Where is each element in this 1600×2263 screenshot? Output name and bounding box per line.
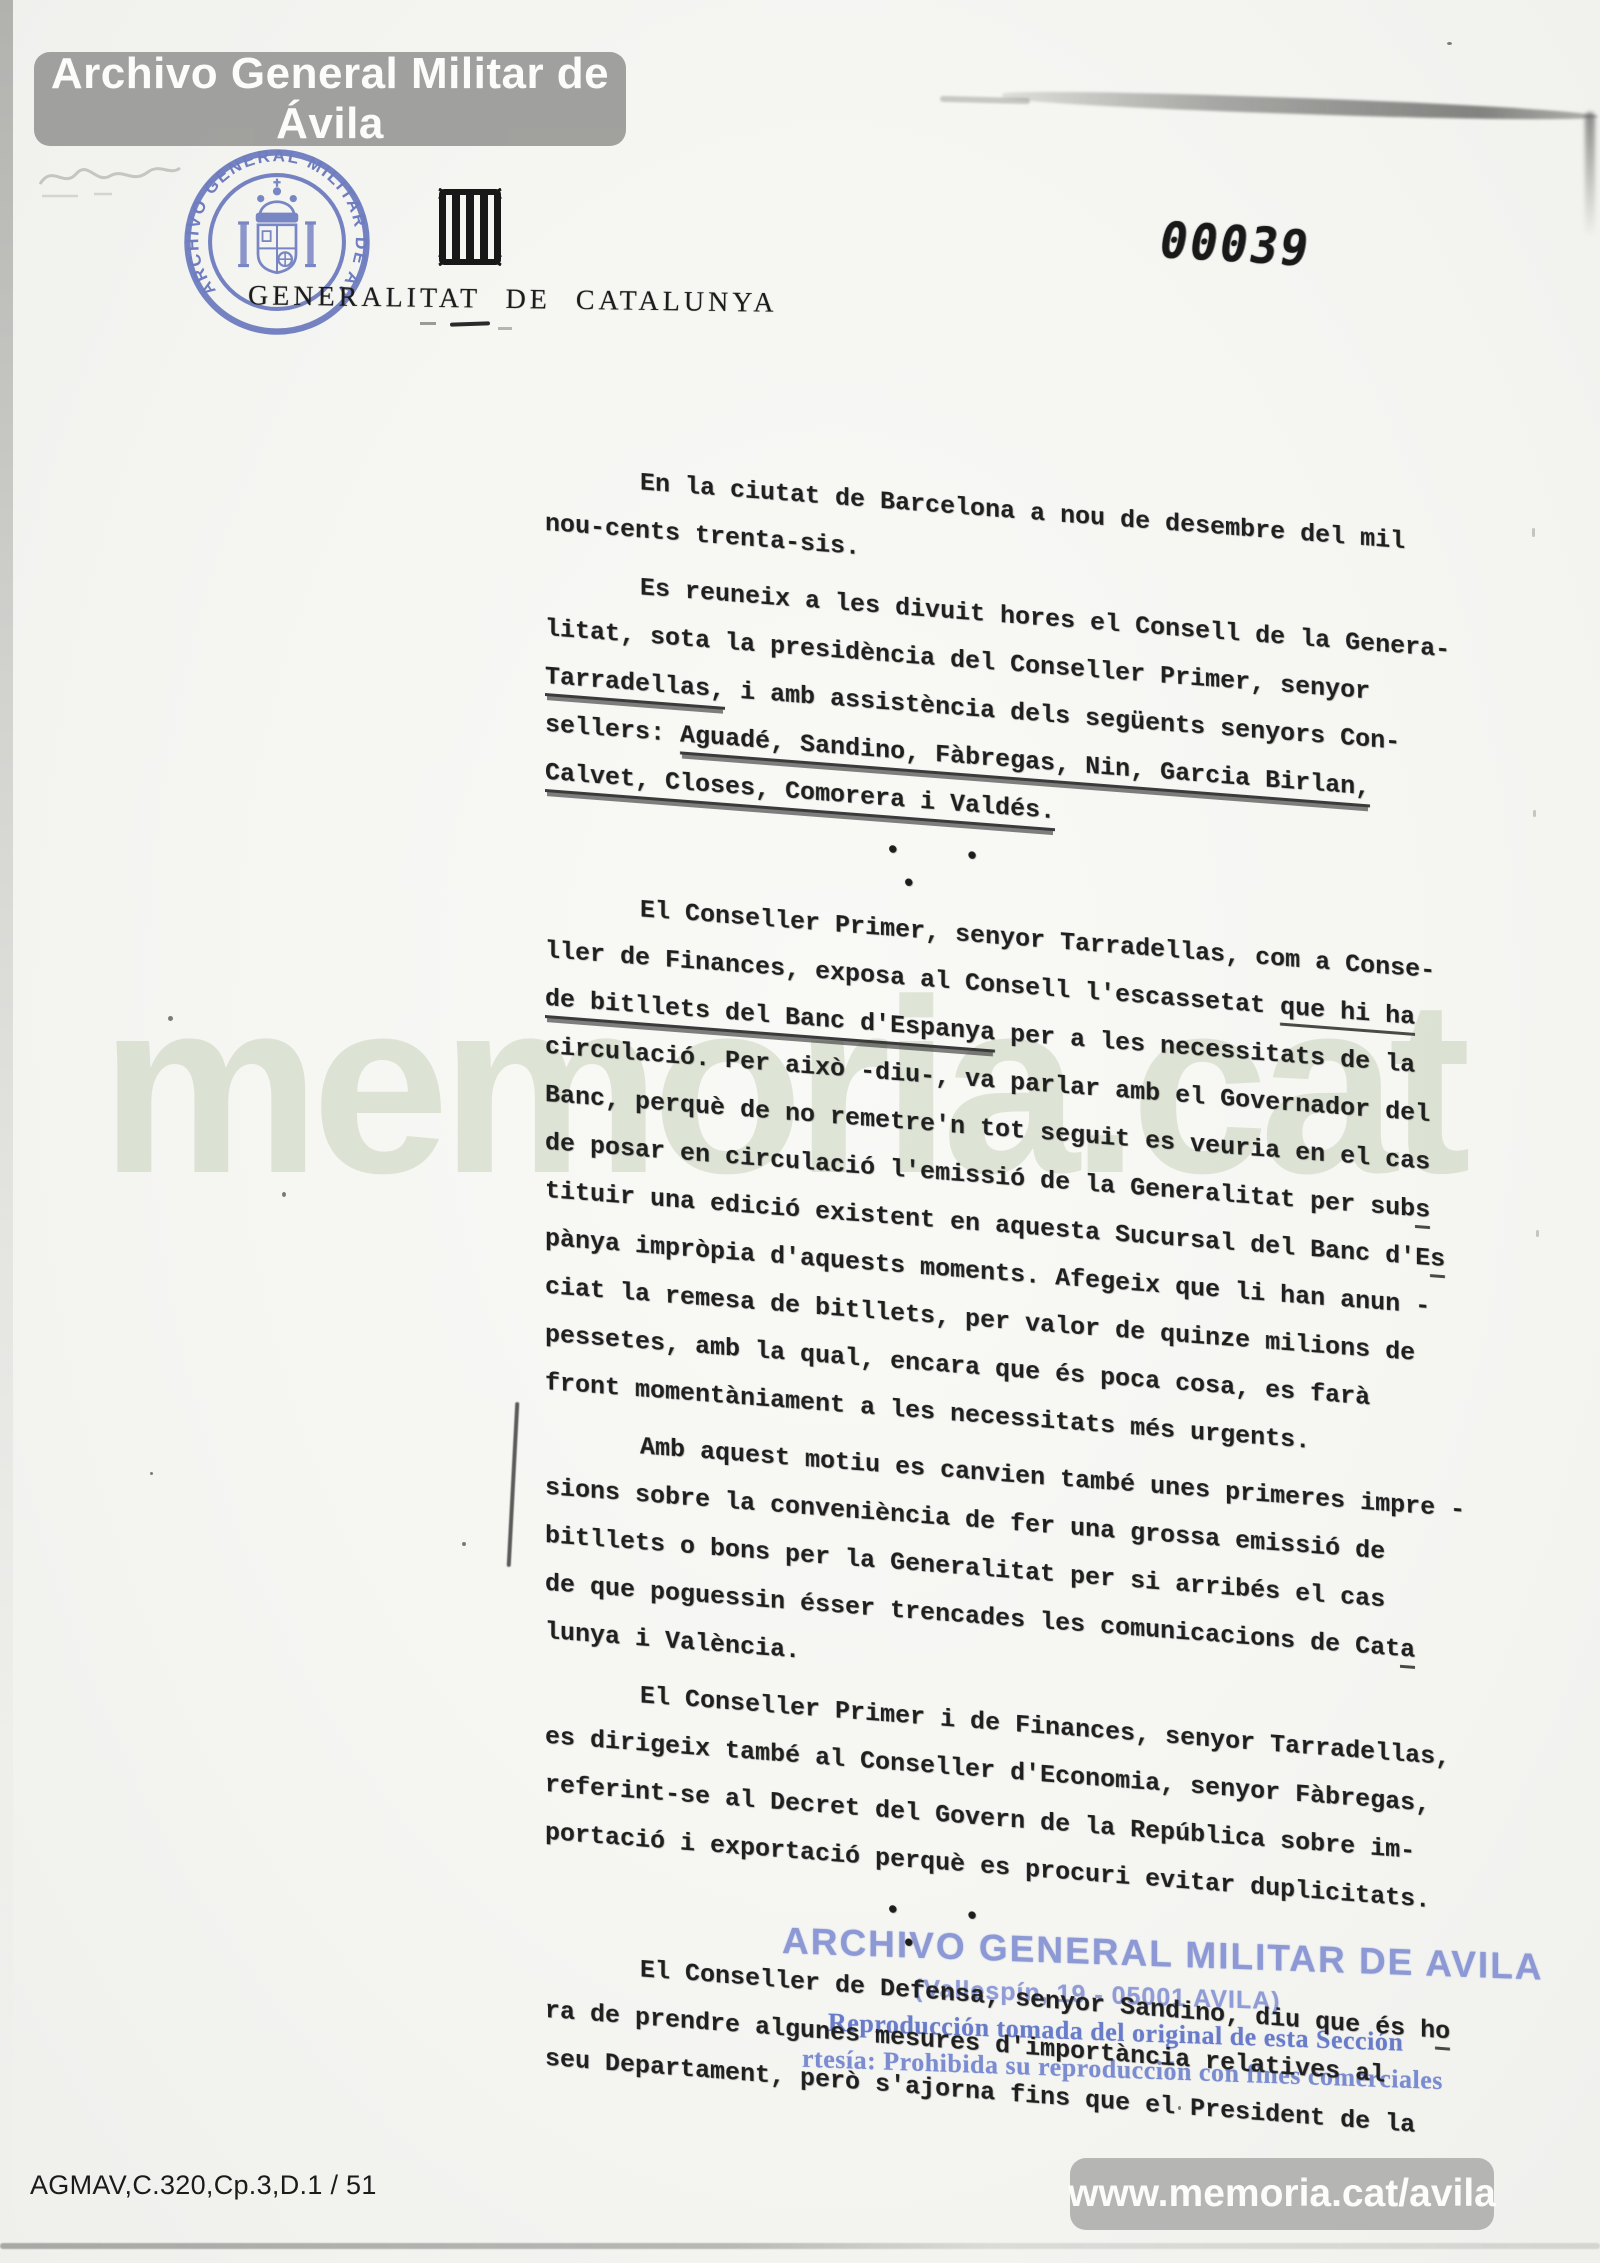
pencil-underlined-text: s: [1430, 1244, 1445, 1278]
pencil-underlined-text: o: [1435, 2016, 1450, 2050]
ink-speck: [168, 1016, 173, 1021]
scan-smudge-start: [940, 96, 1030, 104]
pencil-scribble: [34, 152, 184, 207]
pencil-underlined-text: que hi ha: [1280, 993, 1415, 1036]
document-scan-page: Archivo General Militar de Ávila ARCHIVO…: [0, 0, 1600, 2263]
scan-speck: [1533, 810, 1536, 817]
pencil-underlined-text: a: [1400, 1635, 1415, 1669]
title-underline-dots: [498, 327, 512, 330]
website-badge: www.memoria.cat/avila: [1070, 2158, 1494, 2230]
archive-name-label: Archivo General Militar de Ávila: [34, 49, 626, 149]
typed-text: lunya i València.: [545, 1617, 800, 1666]
pencil-margin-line: [507, 1402, 520, 1567]
website-badge-label: www.memoria.cat/avila: [1068, 2172, 1496, 2216]
scan-smudge: [1002, 88, 1598, 124]
folio-number-stamp: 00039: [1155, 211, 1316, 277]
ink-speck: [1447, 42, 1452, 45]
scan-speck: [1532, 528, 1535, 537]
typewritten-text-block: En la ciutat de Barcelona a nou de desem…: [545, 452, 1455, 2153]
ink-speck: [1178, 2106, 1181, 2110]
ink-speck: [150, 1472, 153, 1475]
scan-speck: [1536, 1230, 1539, 1237]
coat-of-arms-icon: [238, 179, 316, 273]
archive-name-badge: Archivo General Militar de Ávila: [34, 52, 626, 146]
scan-edge-bottom: [0, 2243, 1600, 2249]
ink-speck: [282, 1192, 286, 1197]
scan-smudge-tail: [1585, 112, 1595, 237]
title-underline-mark: [450, 321, 490, 326]
archive-reference-code: AGMAV,C.320,Cp.3,D.1 / 51: [30, 2170, 377, 2201]
catalonia-shield-icon: [438, 188, 502, 266]
pencil-underlined-text: s: [1415, 1195, 1430, 1229]
typed-text: sellers:: [545, 710, 680, 749]
scan-edge-left: [0, 0, 13, 2263]
title-underline-faint-mark: [420, 322, 436, 325]
ink-speck: [462, 1542, 466, 1546]
